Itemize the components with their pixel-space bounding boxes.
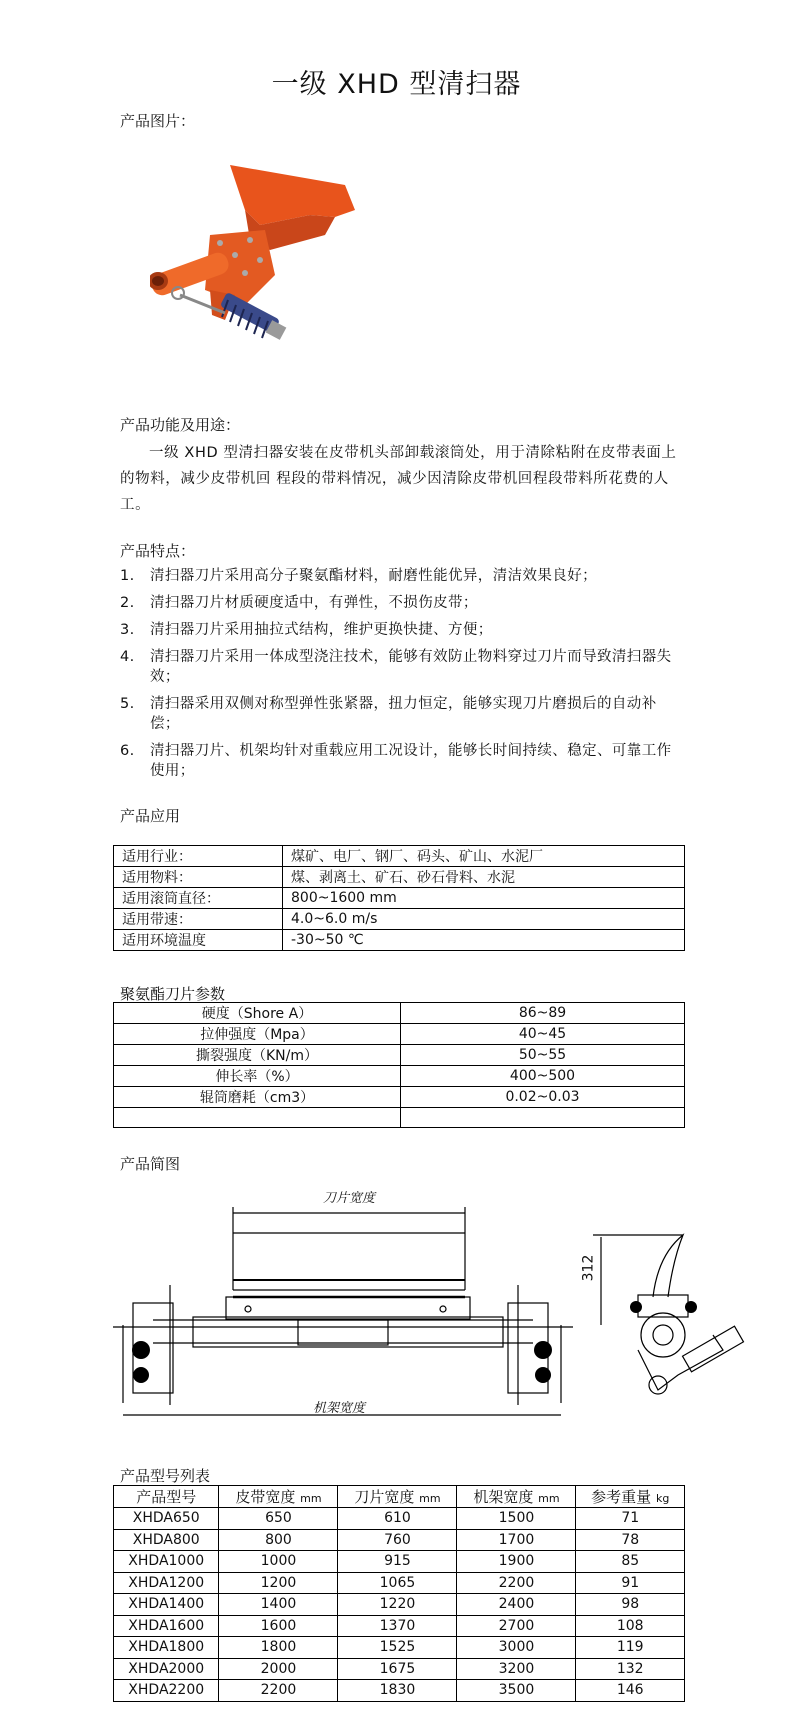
feature-item: 4.清扫器刀片采用一体成型浇注技术，能够有效防止物料穿过刀片而导致清扫器失效； xyxy=(120,647,685,687)
table-row: XHDA2000200016753200132 xyxy=(114,1658,685,1680)
table-cell: 适用行业： xyxy=(114,846,283,867)
table-cell: 800 xyxy=(219,1529,338,1551)
table-cell: 71 xyxy=(576,1508,685,1530)
table-cell: 1370 xyxy=(338,1615,457,1637)
table-cell: XHDA2000 xyxy=(114,1658,219,1680)
table-cell: 800~1600 mm xyxy=(283,888,685,909)
col-header: 产品型号 xyxy=(114,1486,219,1508)
features-list: 1.清扫器刀片采用高分子聚氨酯材料，耐磨性能优异，清洁效果良好； 2.清扫器刀片… xyxy=(120,566,685,788)
table-row: 适用物料：煤、剥离土、矿石、砂石骨料、水泥 xyxy=(114,867,685,888)
table-cell xyxy=(114,1108,401,1128)
table-row: XHDA1600160013702700108 xyxy=(114,1615,685,1637)
table-cell: 撕裂强度（KN/m） xyxy=(114,1045,401,1066)
table-row: 适用行业：煤矿、电厂、钢厂、码头、矿山、水泥厂 xyxy=(114,846,685,867)
table-cell: 146 xyxy=(576,1680,685,1702)
table-row: 撕裂强度（KN/m）50~55 xyxy=(114,1045,685,1066)
product-diagram: 刀片宽度 机架宽度 312 xyxy=(113,1185,763,1430)
table-row: XHDA120012001065220091 xyxy=(114,1572,685,1594)
table-cell xyxy=(401,1108,685,1128)
table-cell: 硬度（Shore A） xyxy=(114,1003,401,1024)
function-heading: 产品功能及用途： xyxy=(120,414,240,435)
application-heading: 产品应用 xyxy=(120,805,180,826)
features-heading: 产品特点： xyxy=(120,540,195,561)
table-cell: 1830 xyxy=(338,1680,457,1702)
table-cell: 610 xyxy=(338,1508,457,1530)
table-cell: 1065 xyxy=(338,1572,457,1594)
table-cell: 1220 xyxy=(338,1594,457,1616)
feature-item: 2.清扫器刀片材质硬度适中，有弹性，不损伤皮带； xyxy=(120,593,685,613)
table-cell: 1700 xyxy=(457,1529,576,1551)
table-cell: XHDA2200 xyxy=(114,1680,219,1702)
table-cell: 132 xyxy=(576,1658,685,1680)
table-cell: 适用物料： xyxy=(114,867,283,888)
blade-width-label: 刀片宽度 xyxy=(323,1187,375,1206)
table-row: XHDA800800760170078 xyxy=(114,1529,685,1551)
table-cell: 1800 xyxy=(219,1637,338,1659)
table-cell: 1000 xyxy=(219,1551,338,1573)
table-cell: XHDA1000 xyxy=(114,1551,219,1573)
table-cell: 辊筒磨耗（cm3） xyxy=(114,1087,401,1108)
table-cell: 0.02~0.03 xyxy=(401,1087,685,1108)
table-row: XHDA650650610150071 xyxy=(114,1508,685,1530)
table-cell: 2000 xyxy=(219,1658,338,1680)
table-row: 适用滚筒直径：800~1600 mm xyxy=(114,888,685,909)
table-cell: 119 xyxy=(576,1637,685,1659)
table-cell: 伸长率（%） xyxy=(114,1066,401,1087)
table-cell: 适用带速： xyxy=(114,909,283,930)
table-row: XHDA10001000915190085 xyxy=(114,1551,685,1573)
table-cell: 1500 xyxy=(457,1508,576,1530)
table-cell: 91 xyxy=(576,1572,685,1594)
page-title: 一级 XHD 型清扫器 xyxy=(0,62,793,101)
table-cell: 适用环境温度 xyxy=(114,930,283,951)
diagram-lines xyxy=(113,1185,763,1430)
table-row: XHDA140014001220240098 xyxy=(114,1594,685,1616)
feature-item: 3.清扫器刀片采用抽拉式结构，维护更换快捷、方便； xyxy=(120,620,685,640)
table-cell: 2200 xyxy=(457,1572,576,1594)
table-row: XHDA2200220018303500146 xyxy=(114,1680,685,1702)
table-cell: 2700 xyxy=(457,1615,576,1637)
table-header-row: 产品型号 皮带宽度 mm 刀片宽度 mm 机架宽度 mm 参考重量 kg xyxy=(114,1486,685,1508)
col-header: 皮带宽度 mm xyxy=(219,1486,338,1508)
table-cell: 煤矿、电厂、钢厂、码头、矿山、水泥厂 xyxy=(283,846,685,867)
function-text: 一级 XHD 型清扫器安装在皮带机头部卸载滚筒处，用于清除粘附在皮带表面上的物料… xyxy=(120,440,680,518)
models-table: 产品型号 皮带宽度 mm 刀片宽度 mm 机架宽度 mm 参考重量 kg XHD… xyxy=(113,1485,685,1702)
table-row xyxy=(114,1108,685,1128)
feature-item: 1.清扫器刀片采用高分子聚氨酯材料，耐磨性能优异，清洁效果良好； xyxy=(120,566,685,586)
product-photo xyxy=(150,155,375,370)
models-heading: 产品型号列表 xyxy=(120,1465,210,1486)
table-cell: 3000 xyxy=(457,1637,576,1659)
table-cell: 2400 xyxy=(457,1594,576,1616)
frame-width-label: 机架宽度 xyxy=(313,1397,365,1416)
col-header: 参考重量 kg xyxy=(576,1486,685,1508)
table-row: 伸长率（%）400~500 xyxy=(114,1066,685,1087)
table-cell: 400~500 xyxy=(401,1066,685,1087)
table-cell: -30~50 ℃ xyxy=(283,930,685,951)
params-table: 硬度（Shore A）86~89 拉伸强度（Mpa）40~45 撕裂强度（KN/… xyxy=(113,1002,685,1128)
table-cell: 1900 xyxy=(457,1551,576,1573)
table-cell: 78 xyxy=(576,1529,685,1551)
table-cell: 915 xyxy=(338,1551,457,1573)
table-cell: XHDA650 xyxy=(114,1508,219,1530)
table-cell: 1200 xyxy=(219,1572,338,1594)
table-cell: 760 xyxy=(338,1529,457,1551)
table-cell: 适用滚筒直径： xyxy=(114,888,283,909)
table-cell: 86~89 xyxy=(401,1003,685,1024)
table-cell: 2200 xyxy=(219,1680,338,1702)
table-cell: 650 xyxy=(219,1508,338,1530)
table-row: 硬度（Shore A）86~89 xyxy=(114,1003,685,1024)
table-row: 适用带速：4.0~6.0 m/s xyxy=(114,909,685,930)
table-cell: 拉伸强度（Mpa） xyxy=(114,1024,401,1045)
table-cell: XHDA1800 xyxy=(114,1637,219,1659)
feature-item: 5.清扫器采用双侧对称型弹性张紧器，扭力恒定，能够实现刀片磨损后的自动补偿； xyxy=(120,694,685,734)
table-cell: XHDA1600 xyxy=(114,1615,219,1637)
diagram-heading: 产品简图 xyxy=(120,1153,180,1174)
col-header: 机架宽度 mm xyxy=(457,1486,576,1508)
table-cell: 4.0~6.0 m/s xyxy=(283,909,685,930)
table-row: 辊筒磨耗（cm3）0.02~0.03 xyxy=(114,1087,685,1108)
table-cell: XHDA1200 xyxy=(114,1572,219,1594)
table-cell: 1400 xyxy=(219,1594,338,1616)
photo-heading: 产品图片： xyxy=(120,110,195,131)
col-header: 刀片宽度 mm xyxy=(338,1486,457,1508)
table-row: 适用环境温度-30~50 ℃ xyxy=(114,930,685,951)
table-cell: 3200 xyxy=(457,1658,576,1680)
params-heading: 聚氨酯刀片参数 xyxy=(120,983,225,1004)
table-row: XHDA1800180015253000119 xyxy=(114,1637,685,1659)
table-cell: 煤、剥离土、矿石、砂石骨料、水泥 xyxy=(283,867,685,888)
table-cell: 50~55 xyxy=(401,1045,685,1066)
table-cell: 1600 xyxy=(219,1615,338,1637)
table-cell: 108 xyxy=(576,1615,685,1637)
table-cell: 98 xyxy=(576,1594,685,1616)
application-table: 适用行业：煤矿、电厂、钢厂、码头、矿山、水泥厂 适用物料：煤、剥离土、矿石、砂石… xyxy=(113,845,685,951)
table-cell: XHDA800 xyxy=(114,1529,219,1551)
table-cell: 1675 xyxy=(338,1658,457,1680)
feature-item: 6.清扫器刀片、机架均针对重载应用工况设计，能够长时间持续、稳定、可靠工作使用； xyxy=(120,741,685,781)
table-cell: 85 xyxy=(576,1551,685,1573)
table-cell: 3500 xyxy=(457,1680,576,1702)
table-cell: 40~45 xyxy=(401,1024,685,1045)
table-cell: XHDA1400 xyxy=(114,1594,219,1616)
table-cell: 1525 xyxy=(338,1637,457,1659)
table-row: 拉伸强度（Mpa）40~45 xyxy=(114,1024,685,1045)
height-dimension-label: 312 xyxy=(580,1255,596,1282)
